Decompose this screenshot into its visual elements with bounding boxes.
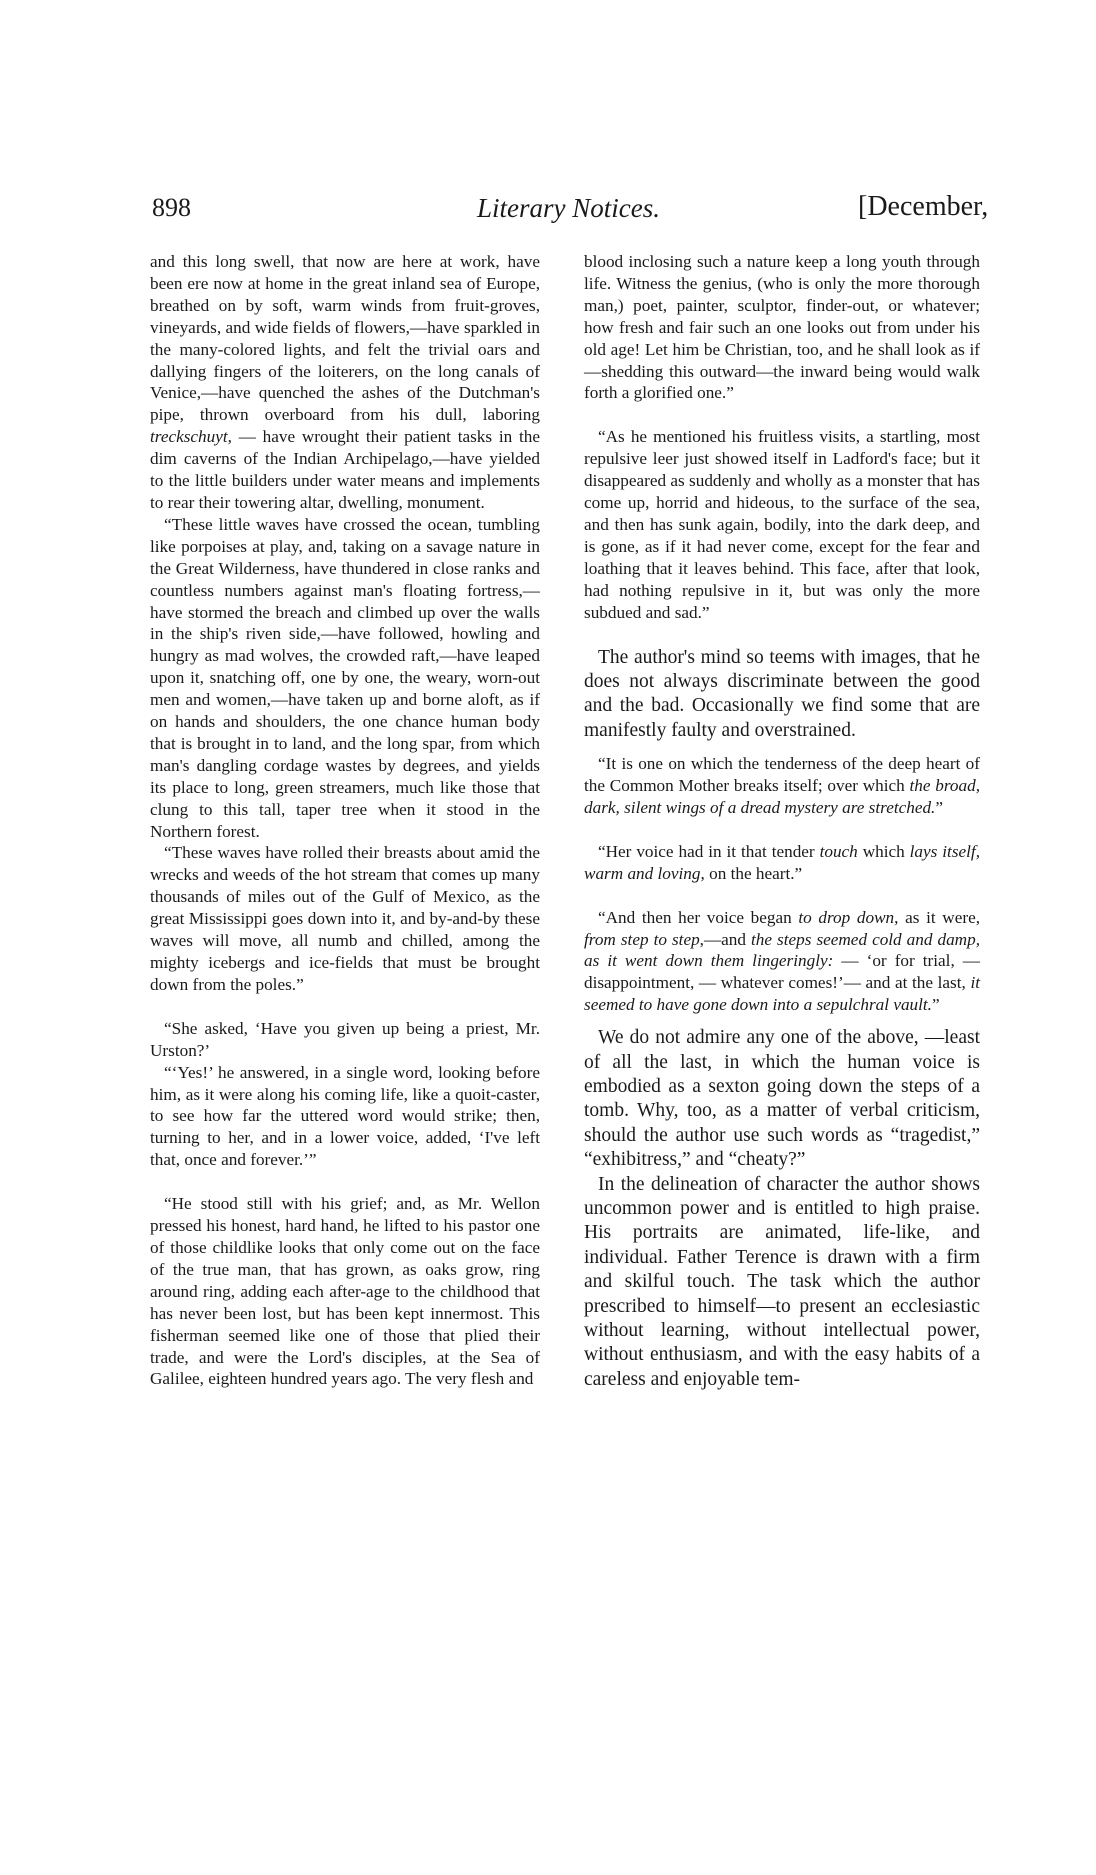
- right-column: blood inclosing such a nature keep a lon…: [584, 251, 980, 1392]
- quotation: “It is one on which the tenderness of th…: [584, 753, 980, 819]
- paragraph: “He stood still with his grief; and, as …: [150, 1193, 540, 1390]
- paragraph: “These little waves have crossed the oce…: [150, 514, 540, 843]
- quotation: “And then her voice began to drop down, …: [584, 907, 980, 1017]
- quotation: “Her voice had in it that tender touch w…: [584, 841, 980, 885]
- paragraph: and this long swell, that now are here a…: [150, 251, 540, 514]
- paragraph: We do not admire any one of the above, —…: [584, 1026, 980, 1172]
- paragraph: blood inclosing such a nature keep a lon…: [584, 251, 980, 404]
- left-column: and this long swell, that now are here a…: [150, 251, 540, 1390]
- paragraph: “These waves have rolled their breasts a…: [150, 842, 540, 995]
- paragraph: “She asked, ‘Have you given up being a p…: [150, 1018, 540, 1062]
- month-label: [December,: [858, 191, 988, 223]
- paragraph: In the delineation of character the auth…: [584, 1173, 980, 1393]
- paragraph: “‘Yes!’ he answered, in a single word, l…: [150, 1062, 540, 1172]
- running-title: Literary Notices.: [477, 193, 660, 224]
- paragraph: The author's mind so teems with images, …: [584, 646, 980, 744]
- paragraph: “As he mentioned his fruitless visits, a…: [584, 426, 980, 623]
- page-header: 898 Literary Notices. [December,: [0, 193, 1096, 233]
- italic-term: treckschuyt: [150, 427, 228, 446]
- page-number: 898: [152, 193, 191, 223]
